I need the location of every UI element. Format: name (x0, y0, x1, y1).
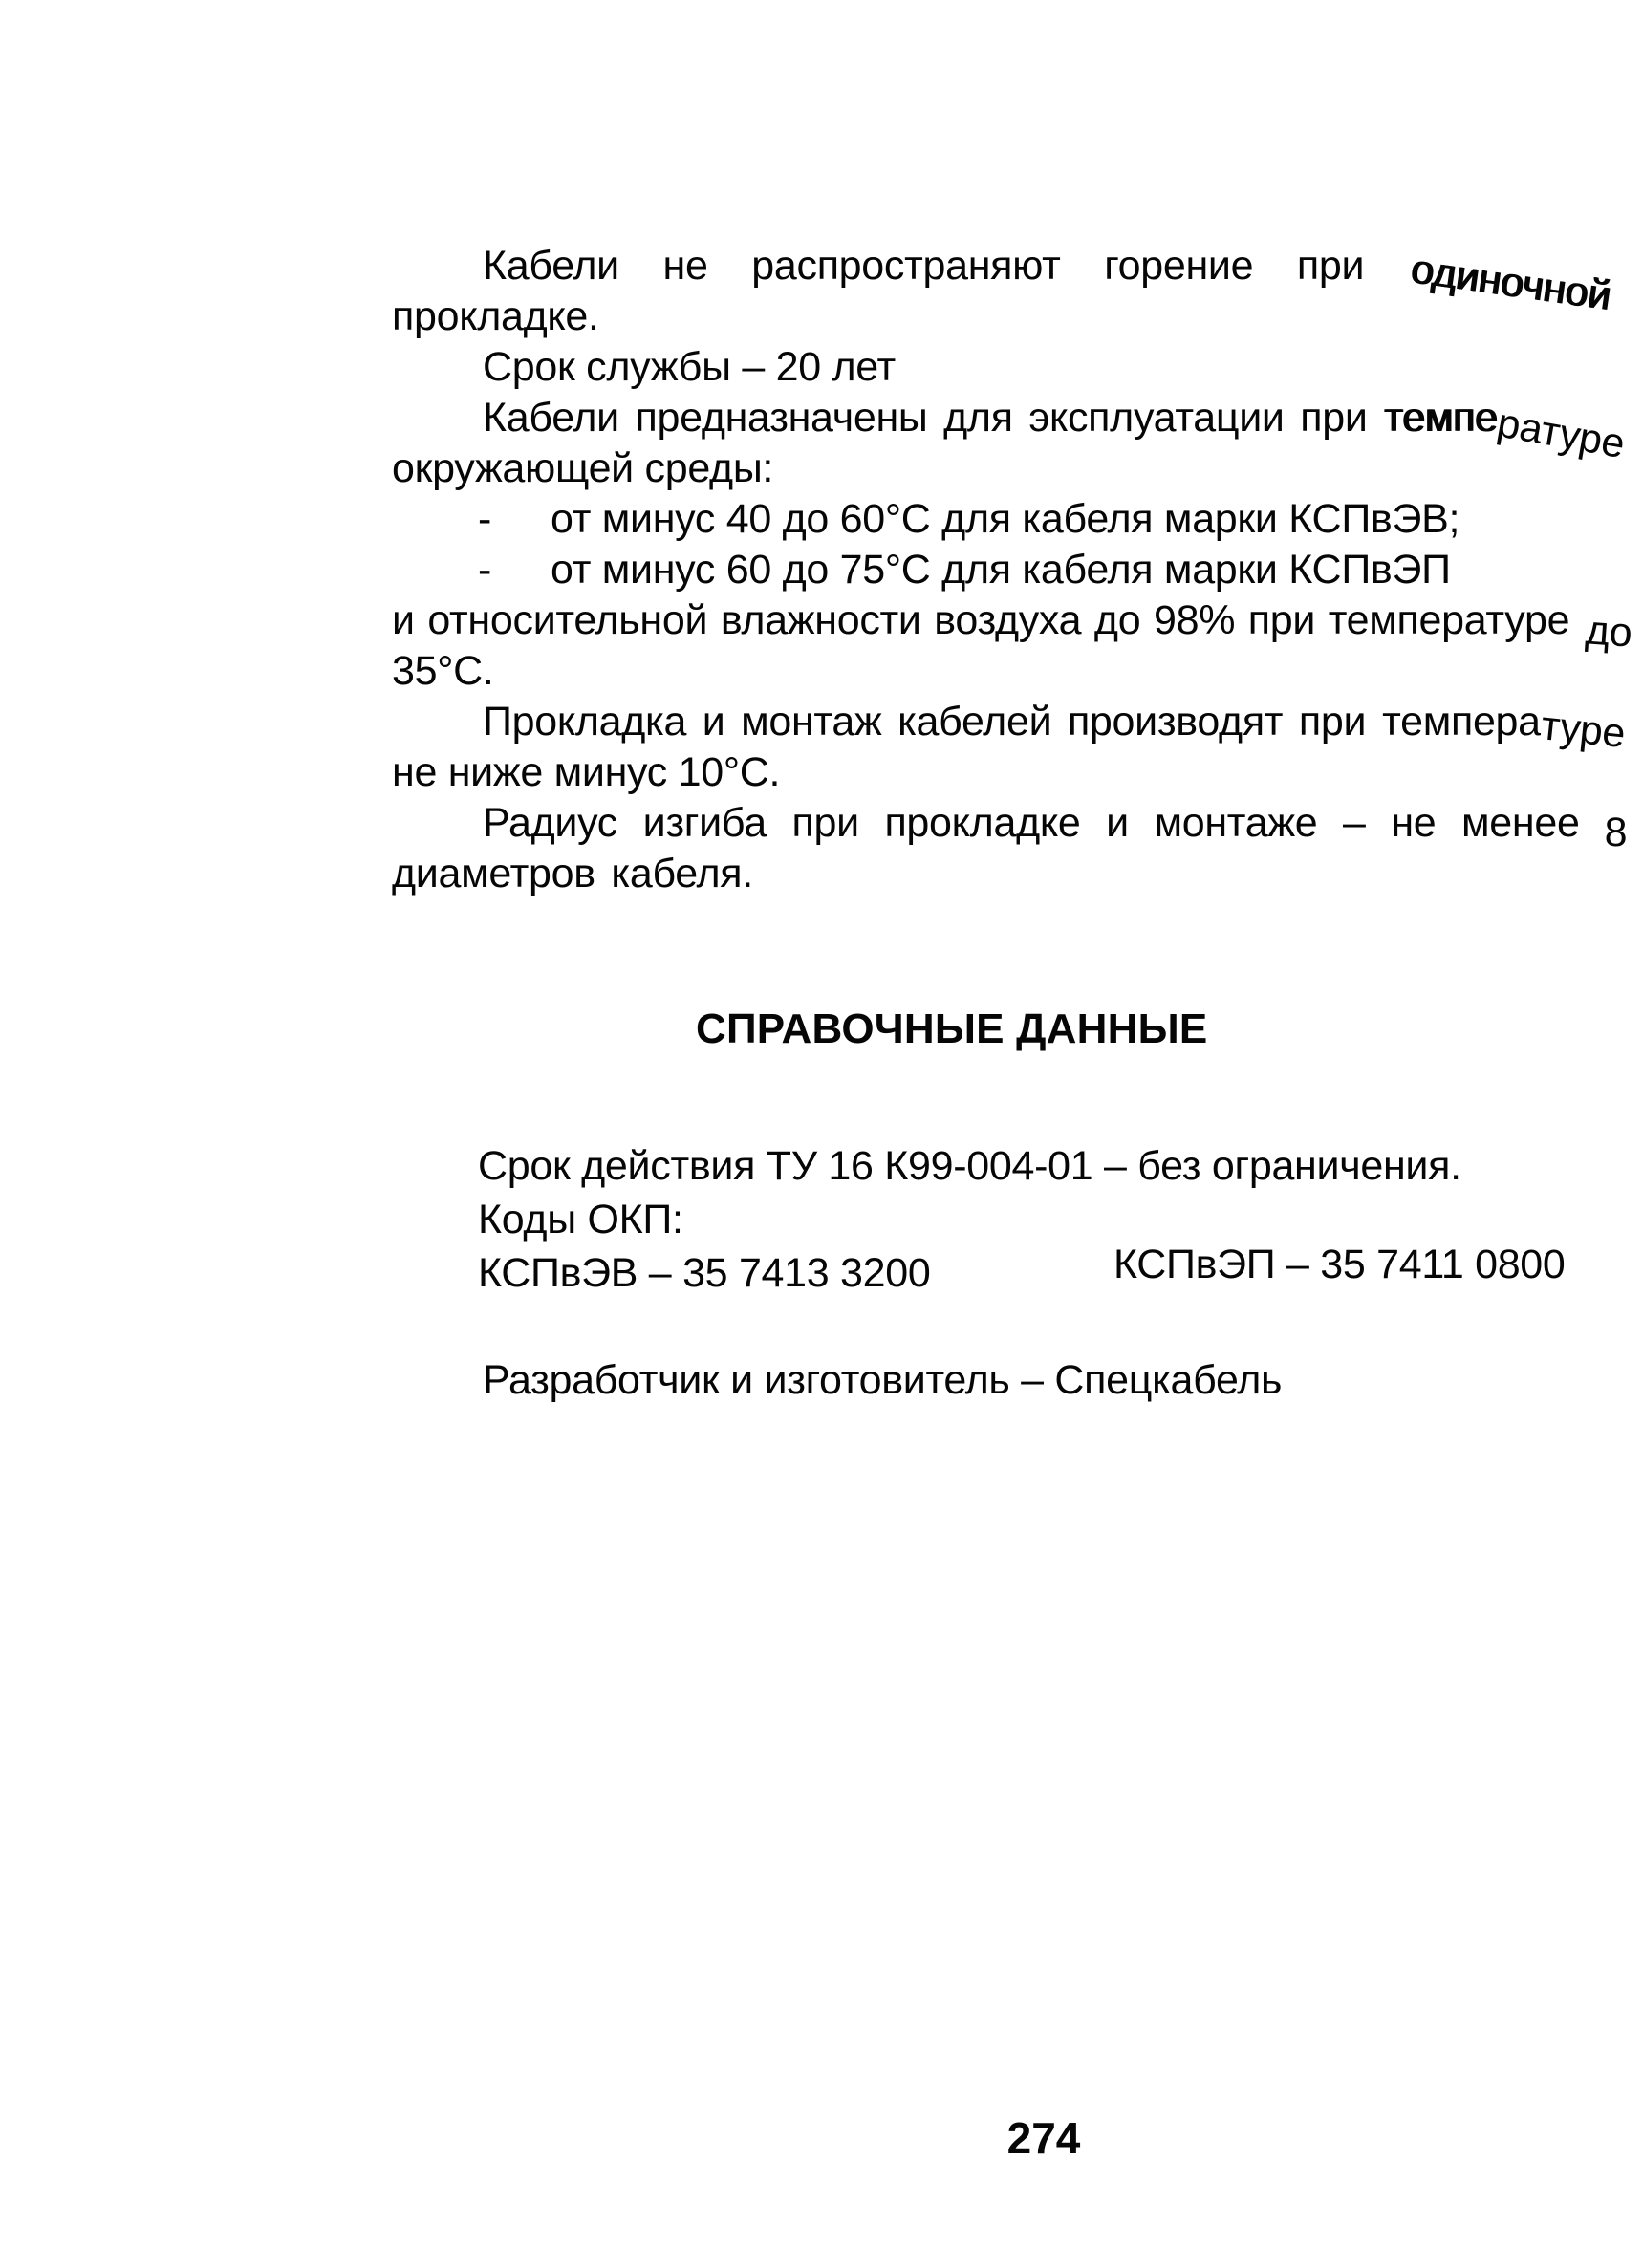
line-text: Кабели предназначены для эксплуатации пр… (483, 395, 1368, 441)
text-line: 35°С. (392, 646, 494, 697)
text-line: окружающей среды: (392, 443, 773, 494)
list-dash: - (478, 545, 491, 595)
okp-codes-line: КСПвЭВ – 35 7413 3200КСПвЭП – 35 7411 08… (478, 1248, 931, 1299)
okp-code-kspvev: КСПвЭВ – 35 7413 3200 (478, 1250, 931, 1296)
line-text: Радиус изгиба при прокладке и монтаже – … (483, 800, 1580, 846)
developer-line: Разработчик и изготовитель – Спецкабель (483, 1355, 1282, 1406)
okp-code-kspvep: КСПвЭП – 35 7411 0800 (1113, 1240, 1566, 1290)
line-text: Кабели не распространяют горение при (483, 243, 1364, 289)
text-line: Прокладка и монтаж кабелей производят пр… (483, 697, 1625, 747)
section-heading: СПРАВОЧНЫЕ ДАННЫЕ (696, 1005, 1207, 1053)
line-text: не ниже минус 10°С. (392, 749, 780, 795)
okp-label-line: Коды ОКП: (478, 1195, 683, 1245)
text-line: прокладке. (392, 292, 599, 342)
line-text: прокладке. (392, 293, 599, 339)
word-part: темпера (1382, 699, 1541, 745)
line-text: Прокладка и монтаж кабелей производят пр… (483, 699, 1366, 745)
page-number: 274 (982, 2112, 1106, 2164)
line-text: Срок действия ТУ 16 К99-004-01 – без огр… (478, 1143, 1461, 1189)
text-line: Кабели предназначены для эксплуатации пр… (483, 393, 1625, 443)
warped-word: до (1584, 605, 1633, 659)
text-line: не ниже минус 10°С. (392, 747, 780, 798)
warped-word: туре (1539, 701, 1628, 760)
warped-word: одиночной (1408, 244, 1614, 322)
text-line: Срок службы – 20 лет (483, 342, 896, 393)
line-text: Разработчик и изготовитель – Спецкабель (483, 1357, 1282, 1403)
list-item-line: -от минус 40 до 60°С для кабеля марки КС… (392, 494, 1459, 545)
text-line: и относительной влажности воздуха до 98%… (392, 595, 1632, 646)
line-text: диаметров кабеля. (392, 851, 753, 896)
text-line: Радиус изгиба при прокладке и монтаже – … (483, 798, 1627, 849)
line-text: окружающей среды: (392, 445, 773, 491)
line-text: от минус 40 до 60°С для кабеля марки КСП… (551, 496, 1459, 542)
list-dash: - (478, 494, 491, 545)
line-text: и относительной влажности воздуха до 98%… (392, 597, 1569, 643)
line-text: Коды ОКП: (478, 1197, 683, 1242)
validity-line: Срок действия ТУ 16 К99-004-01 – без огр… (478, 1141, 1461, 1192)
list-item-line: -от минус 60 до 75°С для кабеля марки КС… (392, 545, 1451, 595)
scanned-document-page: Кабели не распространяют горение приодин… (0, 0, 1643, 2268)
text-line: диаметров кабеля. (392, 849, 753, 899)
warped-word: ратуре (1493, 398, 1628, 469)
line-text: Срок службы – 20 лет (483, 344, 896, 390)
warped-word: 8 (1605, 808, 1628, 858)
smeared-word-part: темпе (1384, 395, 1497, 441)
line-text: 35°С. (392, 648, 494, 694)
text-line: Кабели не распространяют горение приодин… (483, 241, 1611, 292)
line-text: от минус 60 до 75°С для кабеля марки КСП… (551, 547, 1451, 593)
